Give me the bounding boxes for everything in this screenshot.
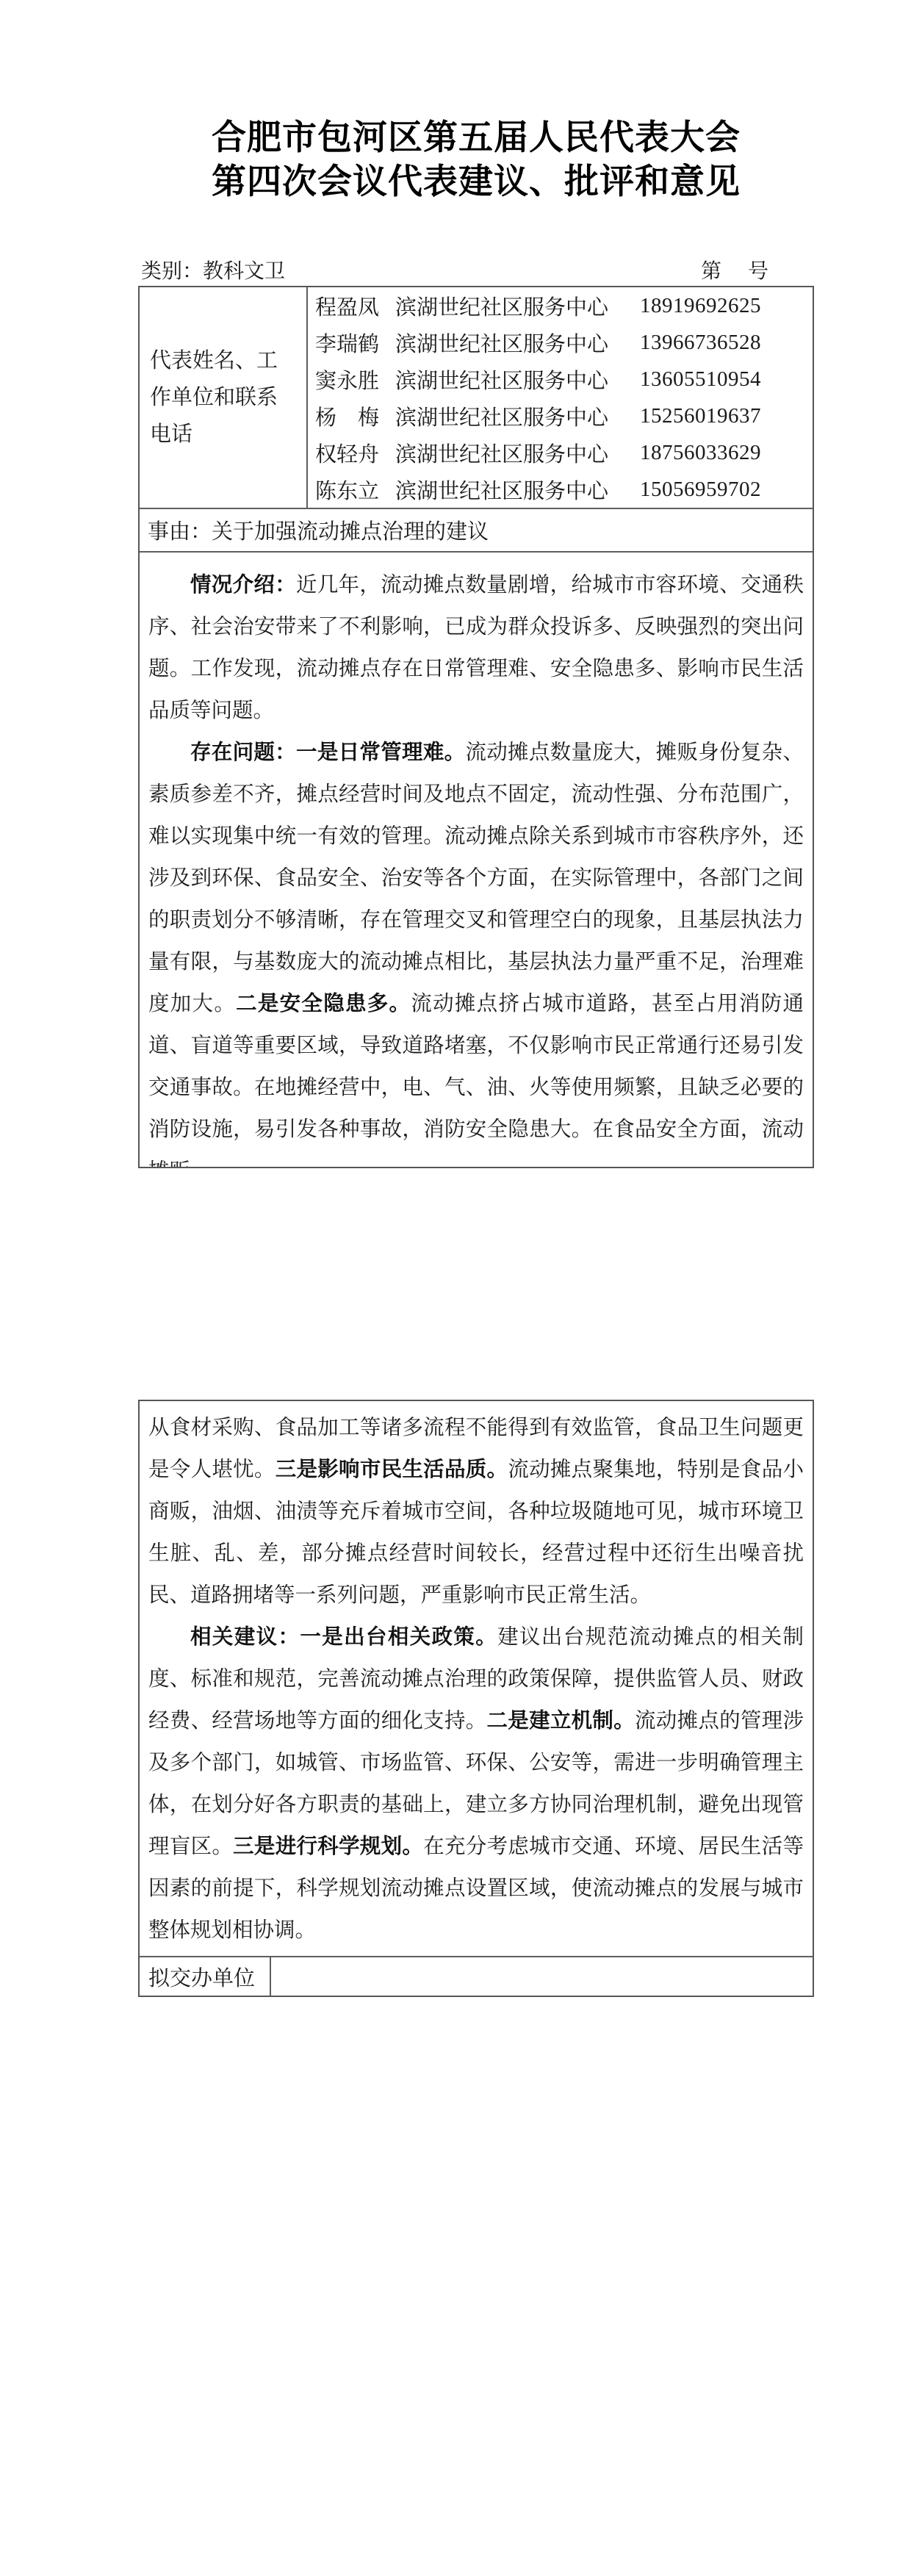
body-paragraph: 情况介绍：近几年，流动摊点数量剧增，给城市市容环境、交通秩序、社会治安带来了不利… [148, 564, 804, 732]
rep-row: 权轻舟滨湖世纪社区服务中心18756033629 [315, 434, 813, 471]
body-content-page-2: 从食材采购、食品加工等诸多流程不能得到有效监管，食品卫生问题更是令人堪忧。三是影… [140, 1401, 813, 1956]
rep-phone: 15256019637 [640, 404, 761, 428]
category-label: 类别： [141, 260, 203, 283]
body-paragraph: 存在问题：一是日常管理难。流动摊点数量庞大，摊贩身份复杂、素质参差不齐，摊点经营… [148, 732, 804, 1167]
rep-name: 李瑞鹤 [315, 328, 381, 358]
rep-header-cell: 代表姓名、工作单位和联系电话 [140, 287, 308, 508]
number-prefix: 第 [701, 260, 721, 283]
rep-name: 陈东立 [315, 475, 381, 505]
rep-phone: 13605510954 [640, 367, 761, 392]
subject-row: 事由：关于加强流动摊点治理的建议 [140, 509, 813, 553]
rep-unit: 滨湖世纪社区服务中心 [395, 401, 616, 431]
title-line-1: 合肥市包河区第五届人民代表大会 [138, 116, 814, 160]
meta-row: 类别：教科文卫 第号 [138, 254, 814, 285]
rep-phone: 18919692625 [640, 294, 761, 318]
rep-unit: 滨湖世纪社区服务中心 [395, 438, 616, 468]
form-table-page-2: 从食材采购、食品加工等诸多流程不能得到有效监管，食品卫生问题更是令人堪忧。三是影… [138, 1400, 814, 1997]
rep-name: 权轻舟 [315, 438, 381, 468]
assign-unit-label-cell: 拟交办单位 [140, 1957, 271, 1996]
representatives-row: 代表姓名、工作单位和联系电话 程盈凤滨湖世纪社区服务中心18919692625李… [140, 287, 813, 509]
title-line-2: 第四次会议代表建议、批评和意见 [138, 160, 814, 204]
rep-row: 窦永胜滨湖世纪社区服务中心13605510954 [315, 361, 813, 397]
rep-phone: 13966736528 [640, 331, 761, 355]
rep-unit: 滨湖世纪社区服务中心 [395, 328, 616, 358]
bold-run: 二是安全隐患多。 [236, 993, 411, 1015]
category-value: 教科文卫 [203, 260, 285, 283]
body-paragraph: 相关建议：一是出台相关政策。建议出台规范流动摊点的相关制度、标准和规范，完善流动… [148, 1616, 804, 1951]
rep-phone: 18756033629 [640, 441, 761, 465]
rep-header-label: 代表姓名、工作单位和联系电话 [150, 342, 296, 453]
bold-run: 存在问题：一是日常管理难。 [190, 741, 465, 764]
rep-unit: 滨湖世纪社区服务中心 [395, 364, 616, 395]
rep-row: 杨 梅滨湖世纪社区服务中心15256019637 [315, 397, 813, 434]
document-title: 合肥市包河区第五届人民代表大会 第四次会议代表建议、批评和意见 [138, 116, 814, 204]
rep-list: 程盈凤滨湖世纪社区服务中心18919692625李瑞鹤滨湖世纪社区服务中心139… [308, 287, 813, 508]
bold-run: 二是建立机制。 [487, 1710, 635, 1733]
rep-name: 杨 梅 [315, 401, 381, 431]
rep-unit: 滨湖世纪社区服务中心 [395, 291, 616, 321]
category-field: 类别：教科文卫 [138, 255, 285, 284]
rep-name: 窦永胜 [315, 364, 381, 395]
rep-row: 程盈凤滨湖世纪社区服务中心18919692625 [315, 287, 813, 324]
assign-unit-label: 拟交办单位 [148, 1962, 255, 1992]
subject-label: 事由： [148, 515, 212, 545]
text-run: 流动摊点数量庞大，摊贩身份复杂、素质参差不齐，摊点经营时间及地点不固定，流动性强… [148, 741, 804, 1015]
number-field: 第号 [701, 255, 768, 284]
text-run: 流动摊点挤占城市道路，甚至占用消防通道、盲道等重要区域，导致道路堵塞，不仅影响市… [148, 993, 804, 1167]
bold-run: 相关建议：一是出台相关政策。 [190, 1626, 497, 1649]
number-suffix: 号 [748, 260, 768, 283]
bold-run: 三是影响市民生活品质。 [276, 1458, 508, 1481]
bold-run: 情况介绍： [190, 574, 296, 597]
body-paragraph: 从食材采购、食品加工等诸多流程不能得到有效监管，食品卫生问题更是令人堪忧。三是影… [148, 1407, 804, 1616]
body-content-page-1: 情况介绍：近几年，流动摊点数量剧增，给城市市容环境、交通秩序、社会治安带来了不利… [140, 553, 813, 1167]
assign-unit-value-cell [271, 1957, 813, 1996]
bold-run: 三是进行科学规划。 [233, 1835, 423, 1858]
rep-name: 程盈凤 [315, 291, 381, 321]
rep-row: 李瑞鹤滨湖世纪社区服务中心13966736528 [315, 324, 813, 361]
rep-unit: 滨湖世纪社区服务中心 [395, 475, 616, 505]
assign-unit-row: 拟交办单位 [140, 1956, 813, 1996]
form-table-page-1: 代表姓名、工作单位和联系电话 程盈凤滨湖世纪社区服务中心18919692625李… [138, 286, 814, 1168]
rep-row: 陈东立滨湖世纪社区服务中心15056959702 [315, 471, 813, 508]
subject-value: 关于加强流动摊点治理的建议 [212, 515, 489, 545]
document-page: 合肥市包河区第五届人民代表大会 第四次会议代表建议、批评和意见 类别：教科文卫 … [0, 0, 911, 2576]
rep-phone: 15056959702 [640, 478, 761, 502]
